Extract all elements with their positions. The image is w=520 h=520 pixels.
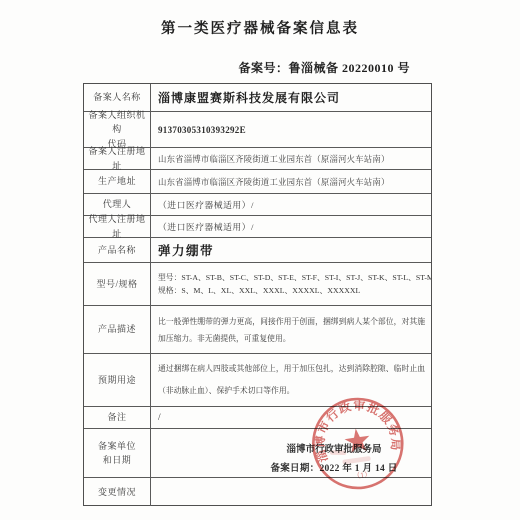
row-production-address-label: 生产地址 bbox=[84, 170, 151, 193]
row-remarks-label: 备注 bbox=[84, 407, 151, 428]
filing-unit-name: 淄博市行政审批服务局 bbox=[286, 441, 381, 455]
row-production-address-value: 山东省淄博市临淄区齐陵街道工业园东首（原淄河火车站南） bbox=[151, 170, 431, 193]
filing-unit-label-line1: 备案单位 bbox=[98, 439, 136, 453]
row-change-status-label: 变更情况 bbox=[84, 478, 151, 506]
row-agent-address: 代理人注册地址 （进口医疗器械适用）/ bbox=[84, 216, 431, 238]
row-production-address: 生产地址 山东省淄博市临淄区齐陵街道工业园东首（原淄河火车站南） bbox=[84, 170, 431, 194]
row-filing-unit-date-value: 淄博市行政审批服务局 备案日期：2022 年 1 月 14 日 bbox=[151, 429, 431, 477]
filing-number-label: 备案号： bbox=[238, 61, 288, 75]
row-product-name: 产品名称 弹力绷带 bbox=[84, 238, 431, 263]
spec-line: 规格：S、M、L、XL、XXL、XXXL、XXXXL、XXXXXL bbox=[158, 284, 425, 297]
row-registered-address-value: 山东省淄博市临淄区齐陵街道工业园东首（原淄河火车站南） bbox=[151, 148, 431, 169]
filing-number-line: 备案号：鲁淄械备 20220010 号 bbox=[83, 59, 432, 76]
row-remarks: 备注 / bbox=[84, 407, 431, 429]
row-product-description: 产品描述 比一般弹性绷带的弹力更高，间接作用于创面，捆绑到病人某个部位，对其施加… bbox=[84, 306, 431, 354]
row-org-code: 备案人组织机构 代码 91370305310393292E bbox=[84, 112, 431, 148]
row-intended-use: 预期用途 通过捆绑在病人四肢或其他部位上，用于加压包扎，达到消除腔隙、临时止血（… bbox=[84, 354, 431, 407]
filing-number-value: 鲁淄械备 20220010 号 bbox=[288, 61, 410, 75]
row-filing-unit-date: 备案单位 和日期 淄博市行政审批服务局 备案日期：2022 年 1 月 14 日 bbox=[84, 429, 431, 478]
document-title: 第一类医疗器械备案信息表 bbox=[0, 17, 520, 38]
filing-info-table: 备案人名称 淄博康盟赛斯科技发展有限公司 备案人组织机构 代码 91370305… bbox=[83, 83, 432, 506]
scanned-document-page: 第一类医疗器械备案信息表 备案号：鲁淄械备 20220010 号 备案人名称 淄… bbox=[0, 0, 520, 520]
row-product-description-label: 产品描述 bbox=[84, 306, 151, 353]
row-filing-unit-date-label: 备案单位 和日期 bbox=[84, 429, 151, 477]
row-model-spec-label: 型号/规格 bbox=[84, 263, 151, 305]
row-product-name-label: 产品名称 bbox=[84, 238, 151, 262]
row-agent-address-label: 代理人注册地址 bbox=[84, 216, 151, 237]
row-agent-value: （进口医疗器械适用）/ bbox=[151, 194, 431, 215]
row-product-name-value: 弹力绷带 bbox=[151, 238, 431, 262]
row-change-status-value bbox=[151, 478, 431, 506]
row-model-spec: 型号/规格 型号：ST-A、ST-B、ST-C、ST-D、ST-E、ST-F、S… bbox=[84, 263, 431, 306]
row-agent-address-value: （进口医疗器械适用）/ bbox=[151, 216, 431, 237]
row-filer-name-value: 淄博康盟赛斯科技发展有限公司 bbox=[151, 84, 431, 111]
row-change-status: 变更情况 bbox=[84, 478, 431, 506]
row-product-description-value: 比一般弹性绷带的弹力更高，间接作用于创面，捆绑到病人某个部位，对其施加压缩力。非… bbox=[151, 306, 431, 353]
org-code-label-line1: 备案人组织机构 bbox=[84, 108, 150, 137]
row-registered-address: 备案人注册地址 山东省淄博市临淄区齐陵街道工业园东首（原淄河火车站南） bbox=[84, 148, 431, 170]
model-line: 型号：ST-A、ST-B、ST-C、ST-D、ST-E、ST-F、ST-I、ST… bbox=[158, 271, 425, 284]
row-org-code-value: 91370305310393292E bbox=[151, 112, 431, 147]
row-org-code-label: 备案人组织机构 代码 bbox=[84, 112, 151, 147]
row-registered-address-label: 备案人注册地址 bbox=[84, 148, 151, 169]
row-model-spec-value: 型号：ST-A、ST-B、ST-C、ST-D、ST-E、ST-F、ST-I、ST… bbox=[151, 263, 431, 305]
filing-date: 备案日期：2022 年 1 月 14 日 bbox=[270, 460, 397, 474]
filing-unit-label-line2: 和日期 bbox=[103, 453, 132, 467]
row-intended-use-value: 通过捆绑在病人四肢或其他部位上，用于加压包扎，达到消除腔隙、临时止血（非动脉止血… bbox=[151, 354, 431, 406]
row-remarks-value: / bbox=[151, 407, 431, 428]
row-intended-use-label: 预期用途 bbox=[84, 354, 151, 406]
